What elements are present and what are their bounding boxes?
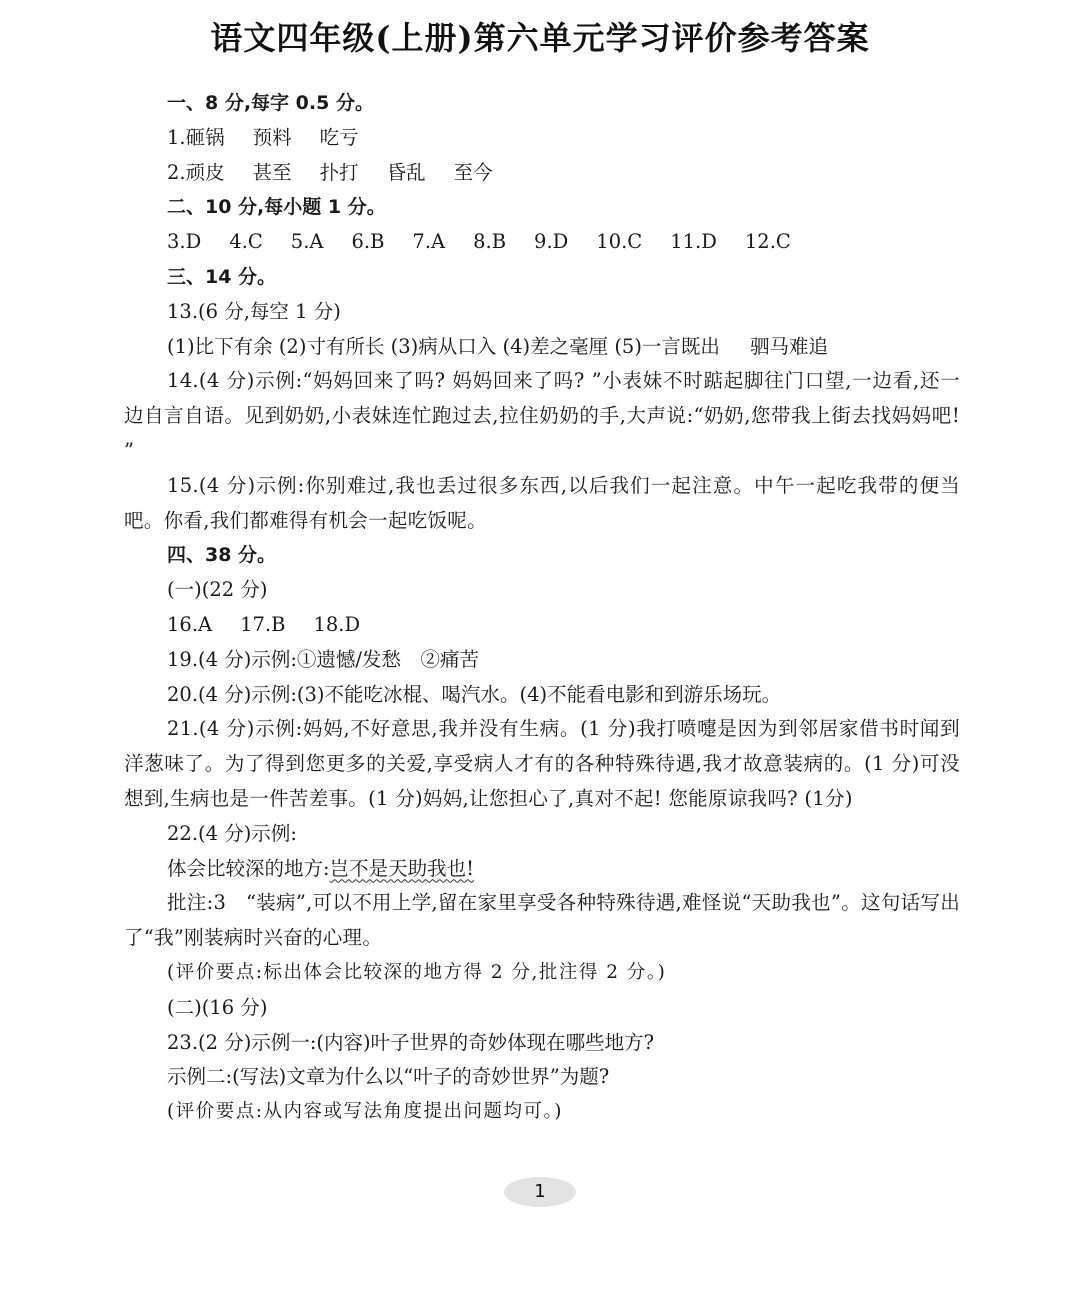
q15-answer: 15.(4 分)示例:你别难过,我也丢过很多东西,以后我们一起注意。中午一起吃我…	[124, 469, 960, 539]
q2-word: 顽皮	[186, 161, 225, 184]
q22-place: 体会比较深的地方:岂不是天助我也!	[124, 852, 960, 887]
part-2-heading: (二)(16 分)	[124, 991, 960, 1026]
q1-word: 砸锅	[186, 126, 225, 149]
mc-answer: 16.A	[167, 613, 212, 636]
idiom-answer: (3)病从口入	[391, 335, 497, 358]
q20-answer: 20.(4 分)示例:(3)不能吃冰棍、喝汽水。(4)不能看电影和到游乐场玩。	[124, 678, 960, 713]
mc-answer: 12.C	[745, 230, 791, 253]
section-2-heading: 二、10 分,每小题 1 分。	[124, 190, 960, 225]
section-3-heading: 三、14 分。	[124, 260, 960, 295]
mc-answer: 18.D	[313, 613, 360, 636]
q23-criteria: (评价要点:从内容或写法角度提出问题均可。)	[124, 1095, 960, 1130]
q22-underlined-sentence: 岂不是天助我也!	[330, 857, 474, 880]
q23-example-1: 23.(2 分)示例一:(内容)叶子世界的奇妙体现在哪些地方?	[124, 1026, 960, 1061]
q1-number: 1.	[167, 126, 186, 149]
q16-18-answers: 16.A17.B18.D	[124, 608, 960, 643]
page-number-badge: 1	[504, 1177, 576, 1207]
q13-heading: 13.(6 分,每空 1 分)	[124, 295, 960, 330]
q2-word: 昏乱	[387, 161, 426, 184]
q22-annotation: 批注:3 “装病”,可以不用上学,留在家里享受各种特殊待遇,难怪说“天助我也”。…	[124, 886, 960, 956]
q23-example-2: 示例二:(写法)文章为什么以“叶子的奇妙世界”为题?	[124, 1060, 960, 1095]
section-2-answers: 3.D4.C5.A6.B7.A8.B9.D10.C11.D12.C	[124, 225, 960, 260]
mc-answer: 3.D	[167, 230, 201, 253]
q21-answer: 21.(4 分)示例:妈妈,不好意思,我并没有生病。(1 分)我打喷嚏是因为到邻…	[124, 712, 960, 816]
idiom-answer: (2)寸有所长	[279, 335, 385, 358]
idiom-answer: (5)一言既出	[614, 335, 720, 358]
q22-criteria: (评价要点:标出体会比较深的地方得 2 分,批注得 2 分。)	[124, 956, 960, 991]
mc-answer: 5.A	[291, 230, 324, 253]
mc-answer: 4.C	[229, 230, 263, 253]
q14-answer: 14.(4 分)示例:“妈妈回来了吗? 妈妈回来了吗? ”小表妹不时踮起脚往门口…	[124, 364, 960, 468]
q2-word: 甚至	[253, 161, 292, 184]
q2-number: 2.	[167, 161, 186, 184]
q1-word: 预料	[253, 126, 292, 149]
part-1-heading: (一)(22 分)	[124, 573, 960, 608]
mc-answer: 7.A	[412, 230, 445, 253]
q1-word: 吃亏	[320, 126, 359, 149]
page-title: 语文四年级(上册)第六单元学习评价参考答案	[0, 14, 1080, 62]
section-1-heading: 一、8 分,每字 0.5 分。	[124, 86, 960, 121]
mc-answer: 9.D	[534, 230, 568, 253]
q13-answers: (1)比下有余 (2)寸有所长 (3)病从口入 (4)差之毫厘 (5)一言既出驷…	[124, 330, 960, 365]
idiom-answer: (4)差之毫厘	[502, 335, 608, 358]
mc-answer: 6.B	[351, 230, 384, 253]
mc-answer: 10.C	[596, 230, 642, 253]
section-1-q1: 1.砸锅预料吃亏	[124, 121, 960, 156]
q19-answer: 19.(4 分)示例:①遗憾/发愁 ②痛苦	[124, 643, 960, 678]
q2-word: 扑打	[320, 161, 359, 184]
mc-answer: 8.B	[473, 230, 506, 253]
idiom-answer: 驷马难追	[750, 335, 828, 358]
q2-word: 至今	[454, 161, 493, 184]
mc-answer: 17.B	[240, 613, 285, 636]
section-4-heading: 四、38 分。	[124, 538, 960, 573]
mc-answer: 11.D	[670, 230, 717, 253]
q22-place-label: 体会比较深的地方:	[167, 857, 330, 880]
answer-content: 一、8 分,每字 0.5 分。 1.砸锅预料吃亏 2.顽皮甚至扑打昏乱至今 二、…	[124, 86, 960, 1130]
q22-heading: 22.(4 分)示例:	[124, 817, 960, 852]
idiom-answer: (1)比下有余	[167, 335, 273, 358]
section-1-q2: 2.顽皮甚至扑打昏乱至今	[124, 156, 960, 191]
